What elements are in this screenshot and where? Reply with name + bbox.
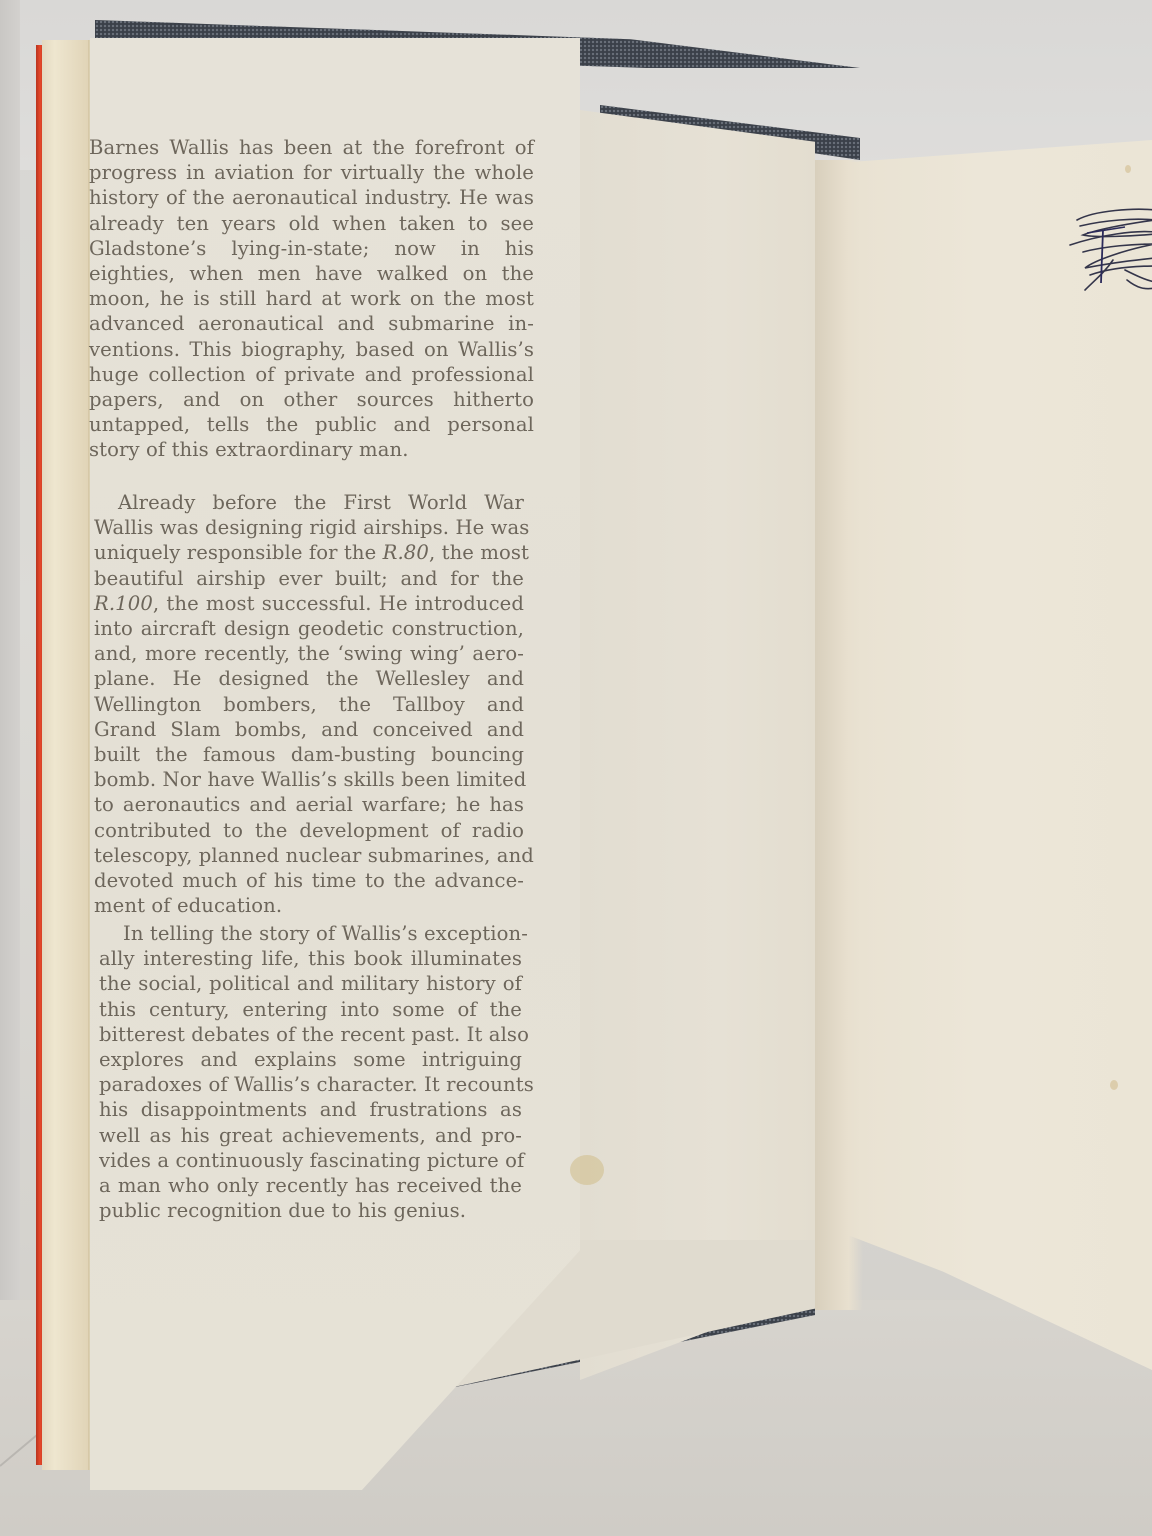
book-gutter [815,160,863,1310]
text-line: Already before the First World War [94,490,524,515]
text-line: Wallis was designing rigid airships. He … [94,515,524,540]
endpaper-page [815,140,1152,1370]
text-line: R.100, the most successful. He introduce… [94,591,524,616]
text-line: story of this extraordinary man. [89,437,534,462]
text-line: a man who only recently has received the [99,1173,522,1198]
text-line: plane. He designed the Wellesley and [94,666,524,691]
airship-name-r80: R.80 [383,541,429,564]
text-line: In telling the story of Wallis’s excepti… [99,921,522,946]
text-line: untapped, tells the public and personal [89,412,534,437]
text-line: already ten years old when taken to see [89,211,534,236]
text-segment: uniquely responsible for the [94,541,383,564]
background-wall-left [0,0,20,1480]
text-line: huge collection of private and professio… [89,362,534,387]
text-line: his disappointments and frustrations as [99,1097,522,1122]
text-line: history of the aeronautical industry. He… [89,185,534,210]
text-line: ventions. This biography, based on Walli… [89,337,534,362]
text-line: explores and explains some intriguing [99,1047,522,1072]
text-line: beautiful airship ever built; and for th… [94,566,524,591]
blurb-paragraph-1: Barnes Wallis has been at the forefront … [89,135,534,463]
text-line: to aeronautics and aerial warfare; he ha… [94,792,524,817]
text-line: ally interesting life, this book illumin… [99,946,522,971]
text-segment: , the most successful. He introduced [153,592,524,615]
text-line: ment of education. [94,893,524,918]
foxing-spot [1125,165,1131,173]
text-line: the social, political and military histo… [99,971,522,996]
text-line: built the famous dam-busting bouncing [94,742,524,767]
text-line: paradoxes of Wallis’s character. It reco… [99,1072,522,1097]
text-line: bitterest debates of the recent past. It… [99,1022,522,1047]
blurb-paragraph-2: Already before the First World War Walli… [94,490,524,918]
pastedown-page [580,110,815,1380]
text-line: contributed to the development of radio [94,818,524,843]
scribble-icon [1065,180,1152,295]
text-line: into aircraft design geodetic constructi… [94,616,524,641]
text-line: bomb. Nor have Wallis’s skills been limi… [94,767,524,792]
text-segment: , the most [429,541,529,564]
text-line: public recognition due to his genius. [99,1198,522,1223]
text-line: Grand Slam bombs, and conceived and [94,717,524,742]
foxing-spot [1110,1080,1118,1090]
text-line: telescopy, planned nuclear submarines, a… [94,843,524,868]
text-line: eighties, when men have walked on the [89,261,534,286]
jacket-fold-strip [42,40,92,1470]
text-line: and, more recently, the ‘swing wing’ aer… [94,641,524,666]
text-line: devoted much of his time to the advance- [94,868,524,893]
text-line: Barnes Wallis has been at the forefront … [89,135,534,160]
text-line: Wellington bombers, the Tallboy and [94,692,524,717]
text-line: papers, and on other sources hitherto [89,387,534,412]
text-line: progress in aviation for virtually the w… [89,160,534,185]
text-line: moon, he is still hard at work on the mo… [89,286,534,311]
text-line: vides a continuously fascinating picture… [99,1148,522,1173]
text-line: this century, entering into some of the [99,997,522,1022]
foxing-spot [570,1155,604,1185]
blurb-paragraph-3: In telling the story of Wallis’s excepti… [99,921,522,1223]
text-line: advanced aeronautical and submarine in- [89,311,534,336]
text-line: Gladstone’s lying-in-state; now in his [89,236,534,261]
airship-name-r100: R.100 [94,592,153,615]
text-line: uniquely responsible for the R.80, the m… [94,540,524,565]
text-line: well as his great achievements, and pro- [99,1123,522,1148]
